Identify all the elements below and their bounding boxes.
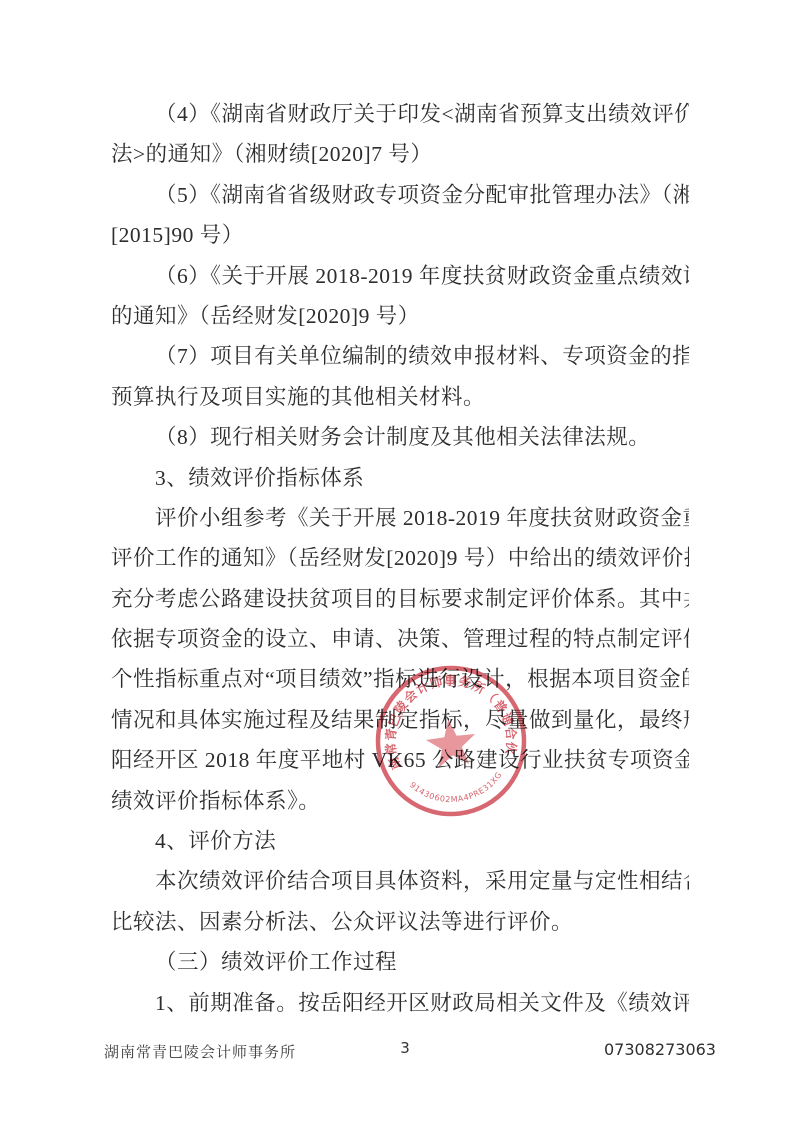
paragraph: （6）《关于开展 2018-2019 年度扶贫财政资金重点绩效评价工作的通知》（…	[111, 256, 689, 337]
paragraph: （4）《湖南省财政厅关于印发<湖南省预算支出绩效评价管理办法>的通知》（湘财绩[…	[111, 94, 689, 175]
seal-star-icon	[424, 716, 479, 769]
paragraph: 本次绩效评价结合项目具体资料，采用定量与定性相结合、运用比较法、因素分析法、公众…	[111, 861, 689, 942]
text-line: （8）现行相关财务会计制度及其他相关法律法规。	[111, 417, 689, 457]
document-body: （4）《湖南省财政厅关于印发<湖南省预算支出绩效评价管理办法>的通知》（湘财绩[…	[111, 94, 689, 1023]
text-line: 比较法、因素分析法、公众评议法等进行评价。	[111, 902, 689, 942]
text-line: 1、前期准备。按岳阳经开区财政局相关文件及《绩效评价业务委	[111, 983, 689, 1023]
paragraph: 3、绩效评价指标体系	[111, 458, 689, 498]
text-line: （7）项目有关单位编制的绩效申报材料、专项资金的指标文件、	[111, 336, 689, 376]
text-line: （6）《关于开展 2018-2019 年度扶贫财政资金重点绩效评价工作	[111, 256, 689, 296]
text-line: 3、绩效评价指标体系	[111, 458, 689, 498]
text-line: 依据专项资金的设立、申请、决策、管理过程的特点制定评价指标；	[111, 619, 689, 659]
company-seal-stamp: 湖南常青巴陵会计师事务所（普通合伙） 91430602MA4PRE31XG	[362, 652, 540, 830]
text-line: （5）《湖南省省级财政专项资金分配审批管理办法》（湘政办发	[111, 175, 689, 215]
text-line: 法>的通知》（湘财绩[2020]7 号）	[111, 134, 689, 174]
footer-firm-name: 湖南常青巴陵会计师事务所	[104, 1041, 296, 1062]
text-line: 本次绩效评价结合项目具体资料，采用定量与定性相结合、运用	[111, 861, 689, 901]
paragraph: （三）绩效评价工作过程	[111, 942, 689, 982]
document-page: （4）《湖南省财政厅关于印发<湖南省预算支出绩效评价管理办法>的通知》（湘财绩[…	[0, 0, 793, 1121]
text-line: [2015]90 号）	[111, 215, 689, 255]
text-line: 预算执行及项目实施的其他相关材料。	[111, 377, 689, 417]
paragraph: （7）项目有关单位编制的绩效申报材料、专项资金的指标文件、预算执行及项目实施的其…	[111, 336, 689, 417]
text-line: （三）绩效评价工作过程	[111, 942, 689, 982]
paragraph: （8）现行相关财务会计制度及其他相关法律法规。	[111, 417, 689, 457]
text-line: 的通知》（岳经财发[2020]9 号）	[111, 296, 689, 336]
paragraph: （5）《湖南省省级财政专项资金分配审批管理办法》（湘政办发[2015]90 号）	[111, 175, 689, 256]
text-line: 评价工作的通知》（岳经财发[2020]9 号）中给出的绩效评价指标体系，	[111, 538, 689, 578]
text-line: 评价小组参考《关于开展 2018-2019 年度扶贫财政资金重点绩效	[111, 498, 689, 538]
text-line: （4）《湖南省财政厅关于印发<湖南省预算支出绩效评价管理办	[111, 94, 689, 134]
paragraph: 1、前期准备。按岳阳经开区财政局相关文件及《绩效评价业务委	[111, 983, 689, 1023]
footer-page-number: 3	[395, 1039, 415, 1057]
text-line: 充分考虑公路建设扶贫项目的目标要求制定评价体系。其中共性指标	[111, 579, 689, 619]
footer-phone-number: 07308273063	[604, 1040, 716, 1059]
